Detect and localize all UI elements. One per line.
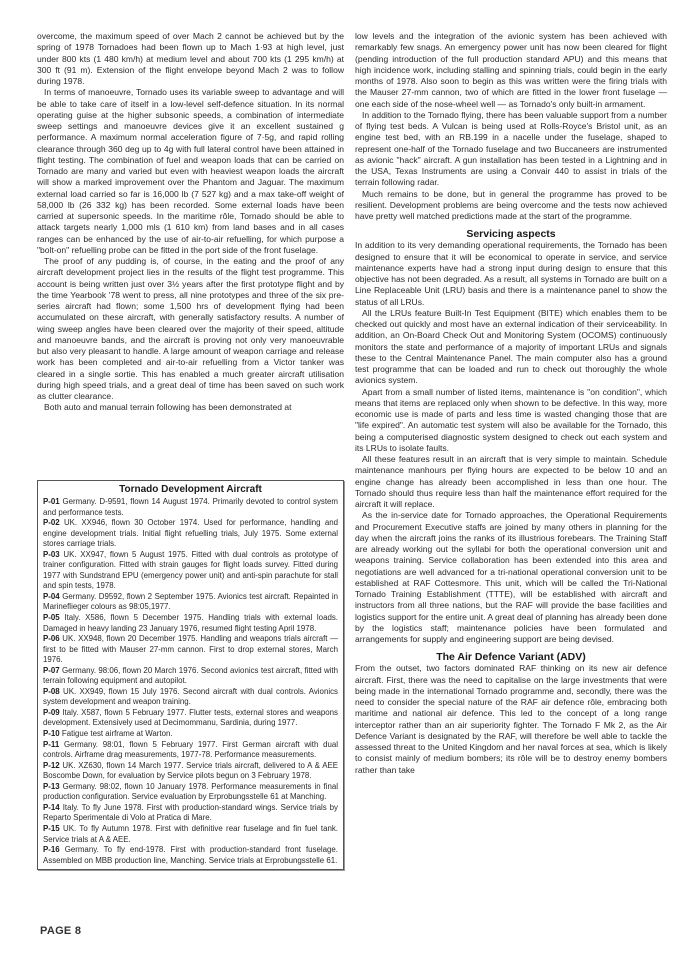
entry-code: P-09	[43, 708, 60, 717]
entry-text: Fatigue test airframe at Warton.	[62, 729, 173, 738]
section-heading-servicing: Servicing aspects	[355, 228, 667, 240]
section-heading-adv: The Air Defence Variant (ADV)	[355, 651, 667, 663]
body-paragraph: overcome, the maximum speed of over Mach…	[37, 31, 344, 87]
aircraft-entry: P-12 UK. XZ630, flown 14 March 1977. Ser…	[43, 761, 338, 782]
entry-text: UK. XX948, flown 20 December 1975. Handl…	[43, 634, 338, 664]
entry-text: UK. To fly Autumn 1978. First with defin…	[43, 824, 338, 844]
page-number: PAGE 8	[40, 925, 81, 937]
body-paragraph: low levels and the integration of the av…	[355, 31, 667, 110]
entry-code: P-15	[43, 824, 60, 833]
entry-text: UK. XX949, flown 15 July 1976. Second ai…	[43, 687, 338, 707]
body-paragraph: Apart from a small number of listed item…	[355, 387, 667, 455]
aircraft-entry: P-11 Germany. 98:01, flown 5 February 19…	[43, 740, 338, 761]
aircraft-entry: P-16 Germany. To fly end-1978. First wit…	[43, 845, 338, 866]
entry-text: UK. XX946, flown 30 October 1974. Used f…	[43, 518, 338, 548]
aircraft-entry: P-14 Italy. To fly June 1978. First with…	[43, 803, 338, 824]
entry-code: P-02	[43, 518, 60, 527]
entry-text: Germany. D9592, flown 2 September 1975. …	[43, 592, 338, 612]
entry-text: UK. XZ630, flown 14 March 1977. Service …	[43, 761, 338, 781]
body-paragraph: In terms of manoeuvre, Tornado uses its …	[37, 87, 344, 256]
aircraft-entry: P-15 UK. To fly Autumn 1978. First with …	[43, 824, 338, 845]
right-column: low levels and the integration of the av…	[355, 31, 667, 776]
aircraft-entry: P-10 Fatigue test airframe at Warton.	[43, 729, 338, 740]
entry-text: Germany. D-9591, flown 14 August 1974. P…	[43, 497, 338, 517]
aircraft-entry: P-09 Italy. X587, flown 5 February 1977.…	[43, 708, 338, 729]
entry-text: UK. XX947, flown 5 August 1975. Fitted w…	[43, 550, 338, 591]
entry-text: Italy. X586, flown 5 December 1975. Hand…	[43, 613, 338, 633]
body-paragraph: From the outset, two factors dominated R…	[355, 663, 667, 776]
body-paragraph: In addition to the Tornado flying, there…	[355, 110, 667, 189]
entry-code: P-12	[43, 761, 60, 770]
entry-code: P-01	[43, 497, 60, 506]
entry-code: P-16	[43, 845, 60, 854]
entry-code: P-10	[43, 729, 60, 738]
body-paragraph: In addition to its very demanding operat…	[355, 240, 667, 308]
body-paragraph: Both auto and manual terrain following h…	[37, 402, 344, 413]
aircraft-entry: P-01 Germany. D-9591, flown 14 August 19…	[43, 497, 338, 518]
body-paragraph: The proof of any pudding is, of course, …	[37, 256, 344, 402]
entry-code: P-06	[43, 634, 60, 643]
aircraft-entry: P-13 Germany. 98:02, flown 10 January 19…	[43, 782, 338, 803]
entry-text: Germany. 98:06, flown 20 March 1976. Sec…	[43, 666, 338, 686]
sidebar-title: Tornado Development Aircraft	[43, 484, 338, 496]
entry-code: P-14	[43, 803, 60, 812]
body-paragraph: Much remains to be done, but in general …	[355, 189, 667, 223]
entry-text: Germany. 98:01, flown 5 February 1977. F…	[43, 740, 338, 760]
aircraft-entry: P-02 UK. XX946, flown 30 October 1974. U…	[43, 518, 338, 550]
entry-code: P-04	[43, 592, 60, 601]
entry-code: P-11	[43, 740, 59, 749]
body-paragraph: All these features result in an aircraft…	[355, 454, 667, 510]
aircraft-entry: P-04 Germany. D9592, flown 2 September 1…	[43, 592, 338, 613]
body-paragraph: All the LRUs feature Built-In Test Equip…	[355, 308, 667, 387]
entry-code: P-08	[43, 687, 60, 696]
entry-code: P-13	[43, 782, 60, 791]
entry-code: P-05	[43, 613, 60, 622]
entry-code: P-07	[43, 666, 60, 675]
entry-code: P-03	[43, 550, 60, 559]
entry-text: Italy. To fly June 1978. First with prod…	[43, 803, 338, 823]
entry-text: Germany. To fly end-1978. First with pro…	[43, 845, 338, 865]
aircraft-entry: P-07 Germany. 98:06, flown 20 March 1976…	[43, 666, 338, 687]
aircraft-entry: P-08 UK. XX949, flown 15 July 1976. Seco…	[43, 687, 338, 708]
entry-text: Italy. X587, flown 5 February 1977. Flut…	[43, 708, 338, 728]
aircraft-entry: P-03 UK. XX947, flown 5 August 1975. Fit…	[43, 550, 338, 592]
aircraft-entry: P-06 UK. XX948, flown 20 December 1975. …	[43, 634, 338, 666]
left-column: overcome, the maximum speed of over Mach…	[37, 31, 344, 414]
entry-text: Germany. 98:02, flown 10 January 1978. P…	[43, 782, 338, 802]
aircraft-entry: P-05 Italy. X586, flown 5 December 1975.…	[43, 613, 338, 634]
body-paragraph: As the in-service date for Tornado appro…	[355, 510, 667, 645]
development-aircraft-sidebar: Tornado Development Aircraft P-01 German…	[37, 480, 344, 870]
